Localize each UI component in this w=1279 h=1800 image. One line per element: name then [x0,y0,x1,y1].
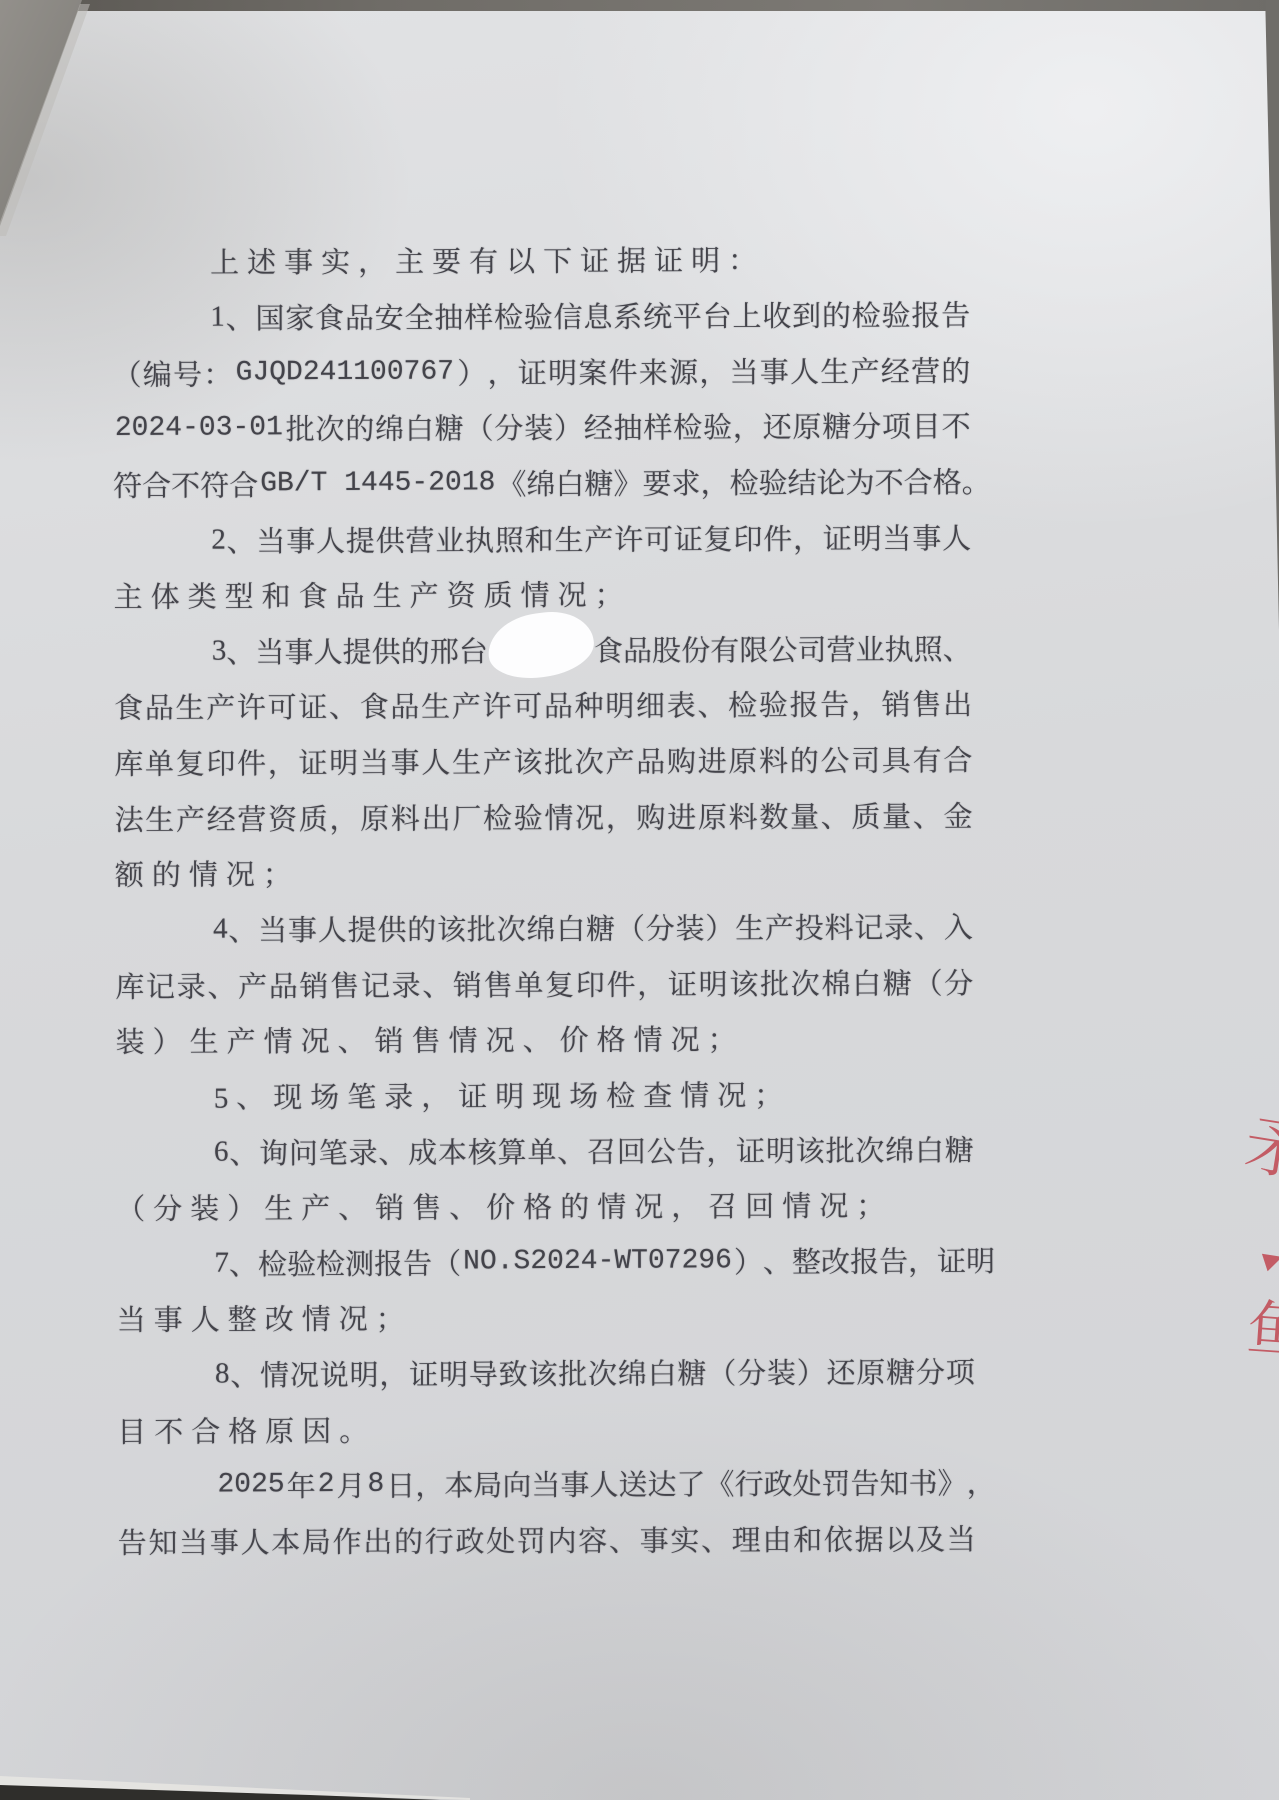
document-line: 告知当事人本局作出的行政处罚内容、事实、理由和依据以及当 [118,1510,976,1569]
document-line: 5、现场笔录，证明现场检查情况； [116,1065,974,1124]
document-line: 2024-03-01批次的绵白糖（分装）经抽样检验，还原糖分项目不 [113,397,971,456]
document-line: 法生产经营资质，原料出厂检验情况，购进原料数量、质量、金 [114,787,972,846]
document-text-block: 上述事实，主要有以下证据证明：1、国家食品安全抽样检验信息系统平台上收到的检验报… [112,230,976,1569]
document-line: 食品生产许可证、食品生产许可品种明细表、检验报告，销售出 [114,675,972,734]
latin-text-run: GB/T 1445-2018 [258,467,497,499]
latin-text-run: 2024-03-01 [113,412,285,444]
document-line: 库单复印件，证明当事人生产该批次产品购进原料的公司具有合 [114,731,972,790]
document-line: （编号：GJQD241100767），证明案件来源，当事人生产经营的 [112,342,970,401]
document-line: 额的情况； [115,842,973,901]
document-line: 1、国家食品安全抽样检验信息系统平台上收到的检验报告 [112,286,970,345]
latin-text-run: 8 [365,1469,386,1500]
document-line: 目不合格原因。 [117,1399,975,1458]
document-line: （分装）生产、销售、价格的情况，召回情况； [116,1176,974,1235]
latin-text-run: NO.S2024-WT07296 [461,1245,734,1277]
latin-text-run: 2 [316,1469,337,1500]
document-line: 3、当事人提供的邢台食品股份有限公司营业执照、 [114,620,972,679]
document-line: 符合不符合GB/T 1445-2018《绵白糖》要求，检验结论为不合格。 [113,453,971,512]
latin-text-run: 2025 [215,1470,286,1501]
document-line: 上述事实，主要有以下证据证明： [112,230,970,289]
document-line: 库记录、产品销售记录、销售单复印件，证明该批次棉白糖（分 [115,954,973,1013]
photo-of-document: 上述事实，主要有以下证据证明：1、国家食品安全抽样检验信息系统平台上收到的检验报… [0,0,1279,1800]
document-line: 装）生产情况、销售情况、价格情况； [115,1009,973,1068]
document-line: 7、检验检测报告（NO.S2024-WT07296）、整改报告，证明 [116,1232,974,1291]
document-line: 6、询问笔录、成本核算单、召回公告，证明该批次绵白糖 [116,1120,974,1179]
document-line: 当事人整改情况； [117,1287,975,1346]
document-line: 8、情况说明，证明导致该批次绵白糖（分装）还原糖分项 [117,1343,975,1402]
document-line: 2、当事人提供营业执照和生产许可证复印件，证明当事人 [113,508,971,567]
document-line: 4、当事人提供的该批次绵白糖（分装）生产投料记录、入 [115,898,973,957]
document-line: 2025年2月8日，本局向当事人送达了《行政处罚告知书》， [117,1454,975,1513]
latin-text-run: GJQD241100767 [234,356,457,388]
photo-background-top-strip [0,0,1279,11]
red-margin-mark: 鱼 [1245,1298,1279,1362]
